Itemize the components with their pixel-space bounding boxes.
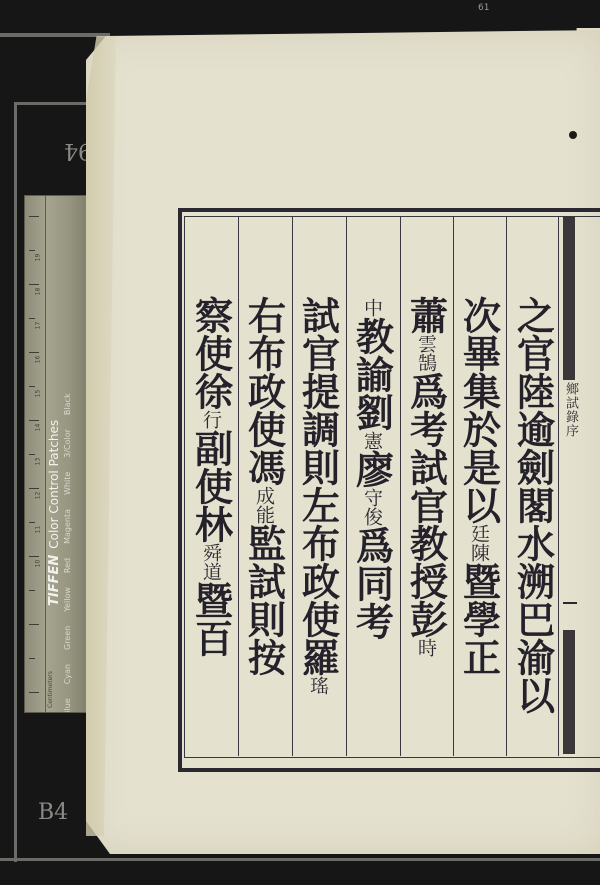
text-column-7: 察使徐 行 副使林 舜道 暨百: [186, 296, 236, 657]
banxin-page-mark: [563, 602, 577, 604]
fishtail-bar-lower: [563, 630, 575, 754]
column-text-large: 副使林: [189, 429, 234, 543]
patch-label-blue: Blue: [63, 698, 72, 713]
column-text-small: 守俊: [354, 488, 390, 526]
tiffen-color-control-strip: 19 18 17 16 15 14 13 12 11 10 TIFFENColo…: [24, 195, 90, 713]
patch-label-green: Green: [63, 626, 72, 650]
color-patch-labels: Blue Cyan Green Yellow Red Magenta White…: [63, 393, 72, 713]
column-text-small: 瑤: [300, 676, 336, 695]
next-page-text: 布以丁又丁三: [588, 300, 600, 480]
column-text-large: 試官提調則左布政使羅: [296, 296, 341, 676]
backdrop-mark-b4: B4: [38, 800, 68, 825]
column-text-small: 時: [408, 638, 444, 657]
text-column-4: 中 教諭劉 憲 廖 守俊 爲同考: [347, 298, 397, 640]
column-text-large: 廖: [350, 450, 395, 488]
column-text-small: 行: [193, 410, 229, 429]
text-column-2: 次畢集於是以 廷陳 暨學正: [454, 296, 504, 676]
column-text-small: 舜道: [193, 543, 229, 581]
column-text-large: 次畢集於是以: [457, 296, 502, 524]
scale-number: 17: [34, 322, 41, 330]
tiffen-brand-label: TIFFENColor Control Patches: [47, 420, 62, 606]
strip-title: Color Control Patches: [47, 420, 61, 549]
next-page-partial-column: 布以丁又丁三: [588, 300, 600, 494]
patch-label-white: White: [63, 472, 72, 495]
column-text-small: 廷陳: [461, 524, 497, 562]
patch-label-red: Red: [63, 558, 72, 573]
patch-label-black: Black: [63, 393, 72, 415]
calibration-label: Centimeters: [47, 671, 54, 708]
text-column-1: 之官陸逾劍閣水溯巴渝以: [508, 296, 558, 714]
column-text-large: 監試則按: [242, 524, 287, 676]
scale-number: 10: [34, 560, 41, 568]
scale-number: 11: [34, 526, 41, 534]
column-text-large: 爲考試官教授彭: [404, 372, 449, 638]
column-text-small: 成能: [246, 486, 282, 524]
scale-number: 16: [34, 356, 41, 364]
column-rule: [506, 216, 507, 756]
column-rule: [558, 216, 559, 756]
column-text-small: 中: [354, 298, 390, 317]
column-text-large: 暨百: [189, 581, 234, 657]
backdrop-grid-line: [0, 33, 110, 37]
column-text-large: 暨學正: [457, 562, 502, 676]
fishtail-bar-upper: [563, 216, 575, 380]
scale-number: 12: [34, 492, 41, 500]
text-column-6: 右布政使馮 成能 監試則按: [239, 296, 289, 676]
centimeter-ruler: [29, 196, 46, 712]
column-text-large: 教諭劉: [350, 317, 395, 431]
backdrop-grid-line: [14, 102, 17, 862]
patch-label-magenta: Magenta: [63, 509, 72, 544]
column-text-large: 右布政使馮: [242, 296, 287, 486]
column-text-large: 蕭: [404, 296, 449, 334]
backdrop-top-number: 61: [478, 3, 489, 13]
scale-number: 18: [34, 288, 41, 296]
patch-label-yellow: Yellow: [63, 587, 72, 612]
patch-label-cyan: Cyan: [63, 664, 72, 684]
column-text-large: 爲同考: [350, 526, 395, 640]
column-text-large: 察使徐: [189, 296, 234, 410]
scale-number: 19: [34, 254, 41, 262]
tiffen-logo: TIFFEN: [47, 555, 62, 606]
scale-number: 14: [34, 424, 41, 432]
column-text-small: 憲: [354, 431, 390, 450]
column-text-large: 之官陸逾劍閣水溯巴渝以: [511, 296, 556, 714]
backdrop-grid-line: [0, 858, 600, 861]
banxin-title: 鄉試錄序: [560, 382, 580, 438]
scale-number: 15: [34, 390, 41, 398]
patch-label-3color: 3/Color: [63, 429, 72, 458]
column-text-small: 雲鵠: [408, 334, 444, 372]
scale-number: 13: [34, 458, 41, 466]
backdrop-grid-line: [14, 102, 94, 105]
gutter-ink-dot: [569, 131, 577, 139]
text-column-3: 蕭 雲鵠 爲考試官教授彭 時: [401, 296, 451, 657]
text-column-5: 試官提調則左布政使羅 瑤: [293, 296, 343, 695]
